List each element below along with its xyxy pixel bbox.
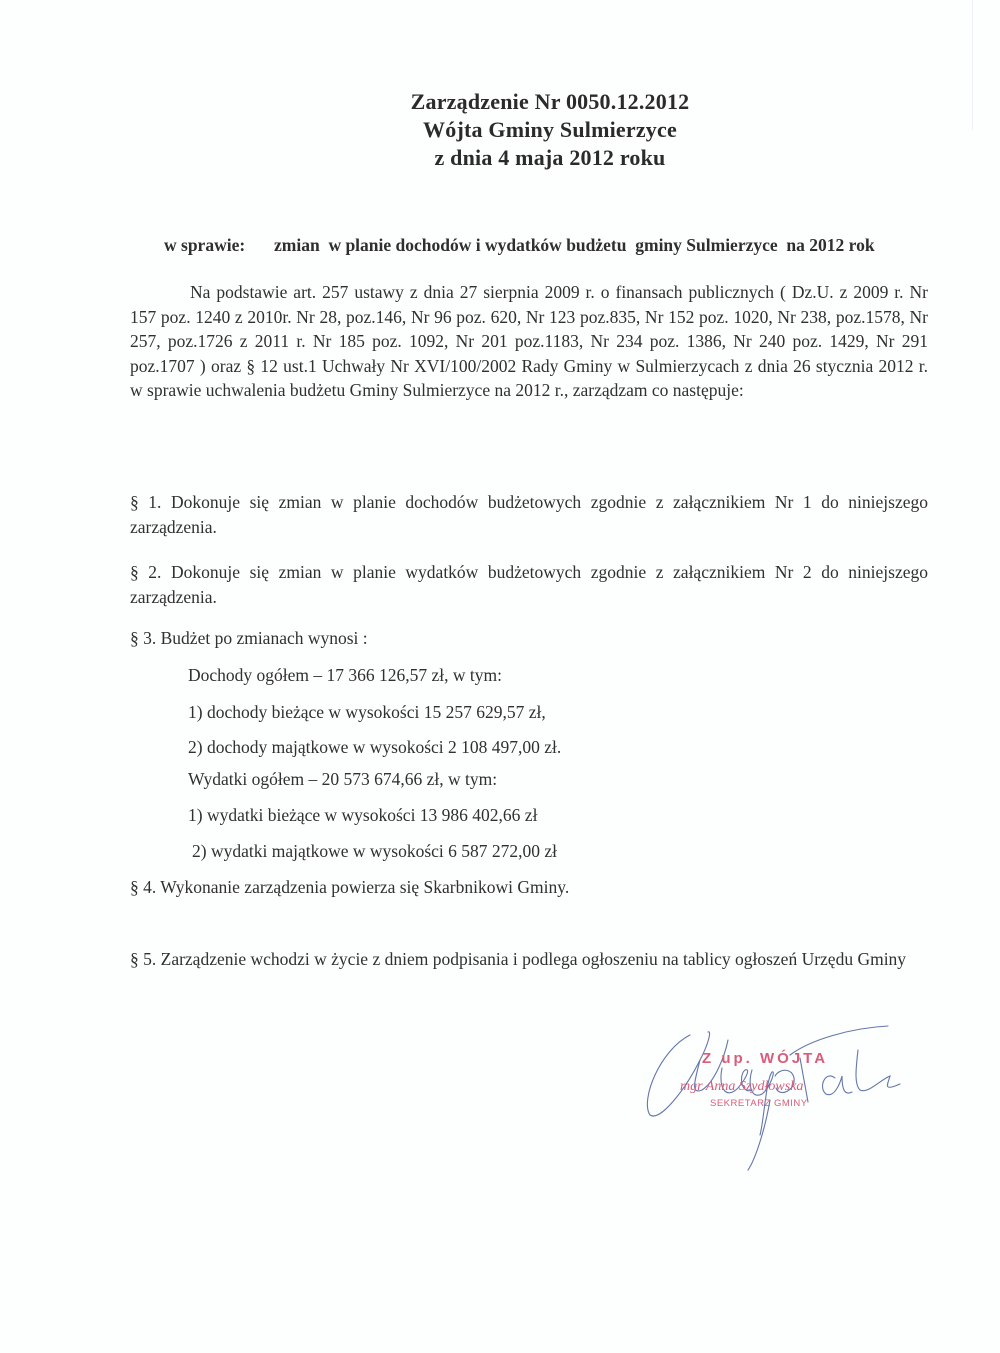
income-current: 1) dochody bieżące w wysokości 15 257 62… [188, 700, 546, 724]
section-3-heading: § 3. Budżet po zmianach wynosi : [130, 626, 368, 650]
scan-edge-line [972, 0, 973, 130]
section-2: § 2. Dokonuje się zmian w planie wydatkó… [130, 560, 928, 609]
title-line-ordinance-number: Zarządzenie Nr 0050.12.2012 [380, 88, 720, 116]
section-5: § 5. Zarządzenie wchodzi w życie z dniem… [130, 947, 920, 972]
stamp-title: Z up. WÓJTA [702, 1050, 828, 1067]
income-property: 2) dochody majątkowe w wysokości 2 108 4… [188, 735, 561, 759]
title-line-issuer: Wójta Gminy Sulmierzyce [380, 116, 720, 144]
subject-label: w sprawie: [164, 233, 245, 258]
stamp-name: mgr Anna Szydłowska [680, 1079, 803, 1095]
expense-total: Wydatki ogółem – 20 573 674,66 zł, w tym… [188, 767, 497, 791]
title-line-date: z dnia 4 maja 2012 roku [380, 144, 720, 172]
scanned-page: Zarządzenie Nr 0050.12.2012 Wójta Gminy … [0, 0, 1000, 1353]
subject-text: zmian w planie dochodów i wydatków budże… [274, 233, 904, 258]
expense-property: 2) wydatki majątkowe w wysokości 6 587 2… [192, 839, 557, 863]
section-1: § 1. Dokonuje się zmian w planie dochodó… [130, 490, 928, 539]
expense-current: 1) wydatki bieżące w wysokości 13 986 40… [188, 803, 537, 827]
document-title: Zarządzenie Nr 0050.12.2012 Wójta Gminy … [380, 88, 720, 172]
income-total: Dochody ogółem – 17 366 126,57 zł, w tym… [188, 663, 502, 687]
legal-basis-paragraph: Na podstawie art. 257 ustawy z dnia 27 s… [130, 280, 928, 403]
stamp-role: SEKRETARZ GMINY [710, 1098, 808, 1109]
section-4: § 4. Wykonanie zarządzenia powierza się … [130, 875, 569, 899]
signature-stamp-area: Z up. WÓJTA mgr Anna Szydłowska SEKRETAR… [630, 1010, 930, 1190]
